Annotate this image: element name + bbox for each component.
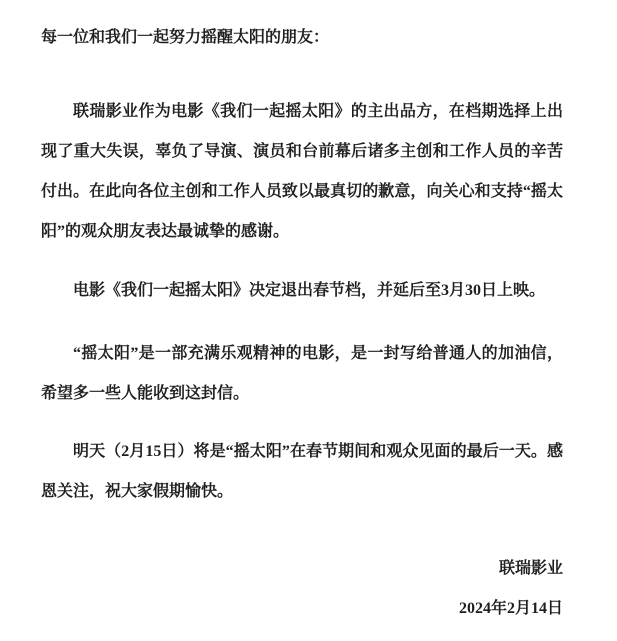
paragraph-film-description: “摇太阳”是一部充满乐观精神的电影，是一封写给普通人的加油信，希望多一些人能收到… bbox=[41, 334, 563, 414]
paragraph-apology: 联瑞影业作为电影《我们一起摇太阳》的主出品方，在档期选择上出现了重大失误，辜负了… bbox=[41, 92, 563, 252]
letter-date: 2024年2月14日 bbox=[41, 589, 563, 629]
letter-salutation: 每一位和我们一起努力摇醒太阳的朋友： bbox=[41, 18, 563, 58]
letter-signature: 联瑞影业 bbox=[41, 549, 563, 589]
paragraph-last-day: 明天（2月15日）将是“摇太阳”在春节期间和观众见面的最后一天。感恩关注，祝大家… bbox=[41, 432, 563, 512]
announcement-letter: 每一位和我们一起努力摇醒太阳的朋友： 联瑞影业作为电影《我们一起摇太阳》的主出品… bbox=[0, 0, 617, 641]
paragraph-release-change: 电影《我们一起摇太阳》决定退出春节档，并延后至3月30日上映。 bbox=[41, 271, 563, 311]
